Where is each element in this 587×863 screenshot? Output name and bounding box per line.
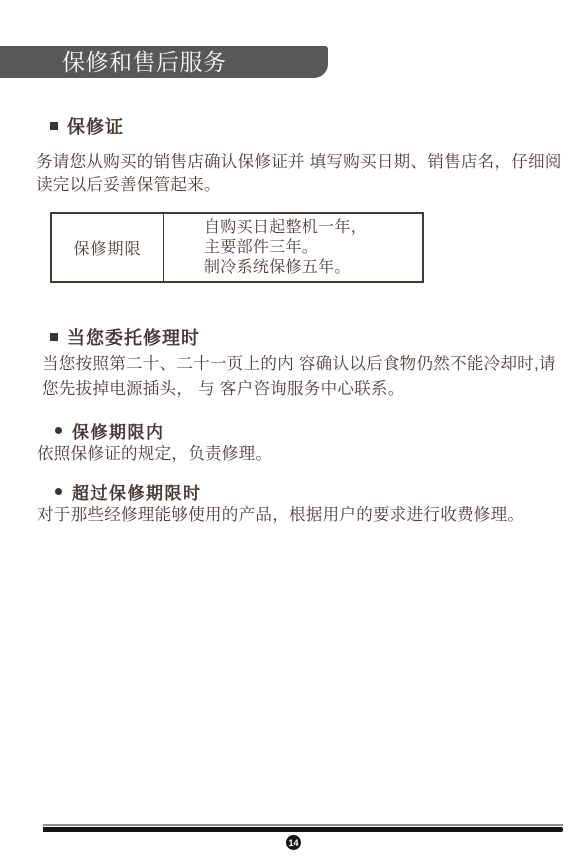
page-title: 保修和售后服务 — [0, 46, 227, 78]
circle-bullet-icon — [55, 427, 62, 434]
repair-request-paragraph-line-2: 您先拔掉电源插头， 与 客户咨询服务中心联系。 — [42, 377, 405, 401]
circle-bullet-icon — [55, 488, 62, 495]
square-bullet-icon — [50, 122, 58, 130]
beyond-warranty-body: 对于那些经修理能够使用的产品，根据用户的要求进行收费修理。 — [37, 503, 524, 527]
repair-request-heading: 当您委托修理时 — [50, 324, 200, 350]
within-warranty-body: 依照保修证的规定，负责修理。 — [37, 442, 272, 466]
within-warranty-heading-label: 保修期限内 — [72, 418, 165, 443]
page-number-badge: 14 — [286, 835, 301, 850]
beyond-warranty-heading-label: 超过保修期限时 — [72, 479, 202, 504]
table-value-line-3: 制冷系统保修五年。 — [204, 258, 422, 278]
footer-rule — [43, 824, 563, 832]
manual-page: 保修和售后服务 保修证 务请您从购买的销售店确认保修证并 填写购买日期、销售店名… — [0, 0, 587, 863]
warranty-card-heading: 保修证 — [50, 113, 124, 139]
repair-request-paragraph-line-1: 当您按照第二十、二十一页上的内 容确认以后食物仍然不能冷却时,请 — [42, 352, 556, 376]
within-warranty-heading: 保修期限内 — [55, 418, 165, 443]
warranty-card-paragraph-line-2: 读完以后妥善保管起来。 — [36, 173, 221, 197]
table-value-line-1: 自购买日起整机一年， — [204, 218, 422, 238]
square-bullet-icon — [50, 333, 58, 341]
section-banner: 保修和售后服务 — [0, 46, 328, 78]
table-value-line-2: 主要部件三年。 — [204, 238, 422, 258]
footer-rule-thick-line — [43, 827, 563, 832]
warranty-card-heading-label: 保修证 — [67, 113, 124, 139]
repair-request-heading-label: 当您委托修理时 — [67, 324, 200, 350]
warranty-card-paragraph-line-1: 务请您从购买的销售店确认保修证并 填写购买日期、销售店名，仔细阅 — [36, 150, 562, 174]
warranty-period-table: 保修期限 自购买日起整机一年， 主要部件三年。 制冷系统保修五年。 — [50, 212, 424, 283]
beyond-warranty-heading: 超过保修期限时 — [55, 479, 202, 504]
table-header-cell: 保修期限 — [52, 214, 164, 281]
table-value-cell: 自购买日起整机一年， 主要部件三年。 制冷系统保修五年。 — [164, 214, 422, 281]
